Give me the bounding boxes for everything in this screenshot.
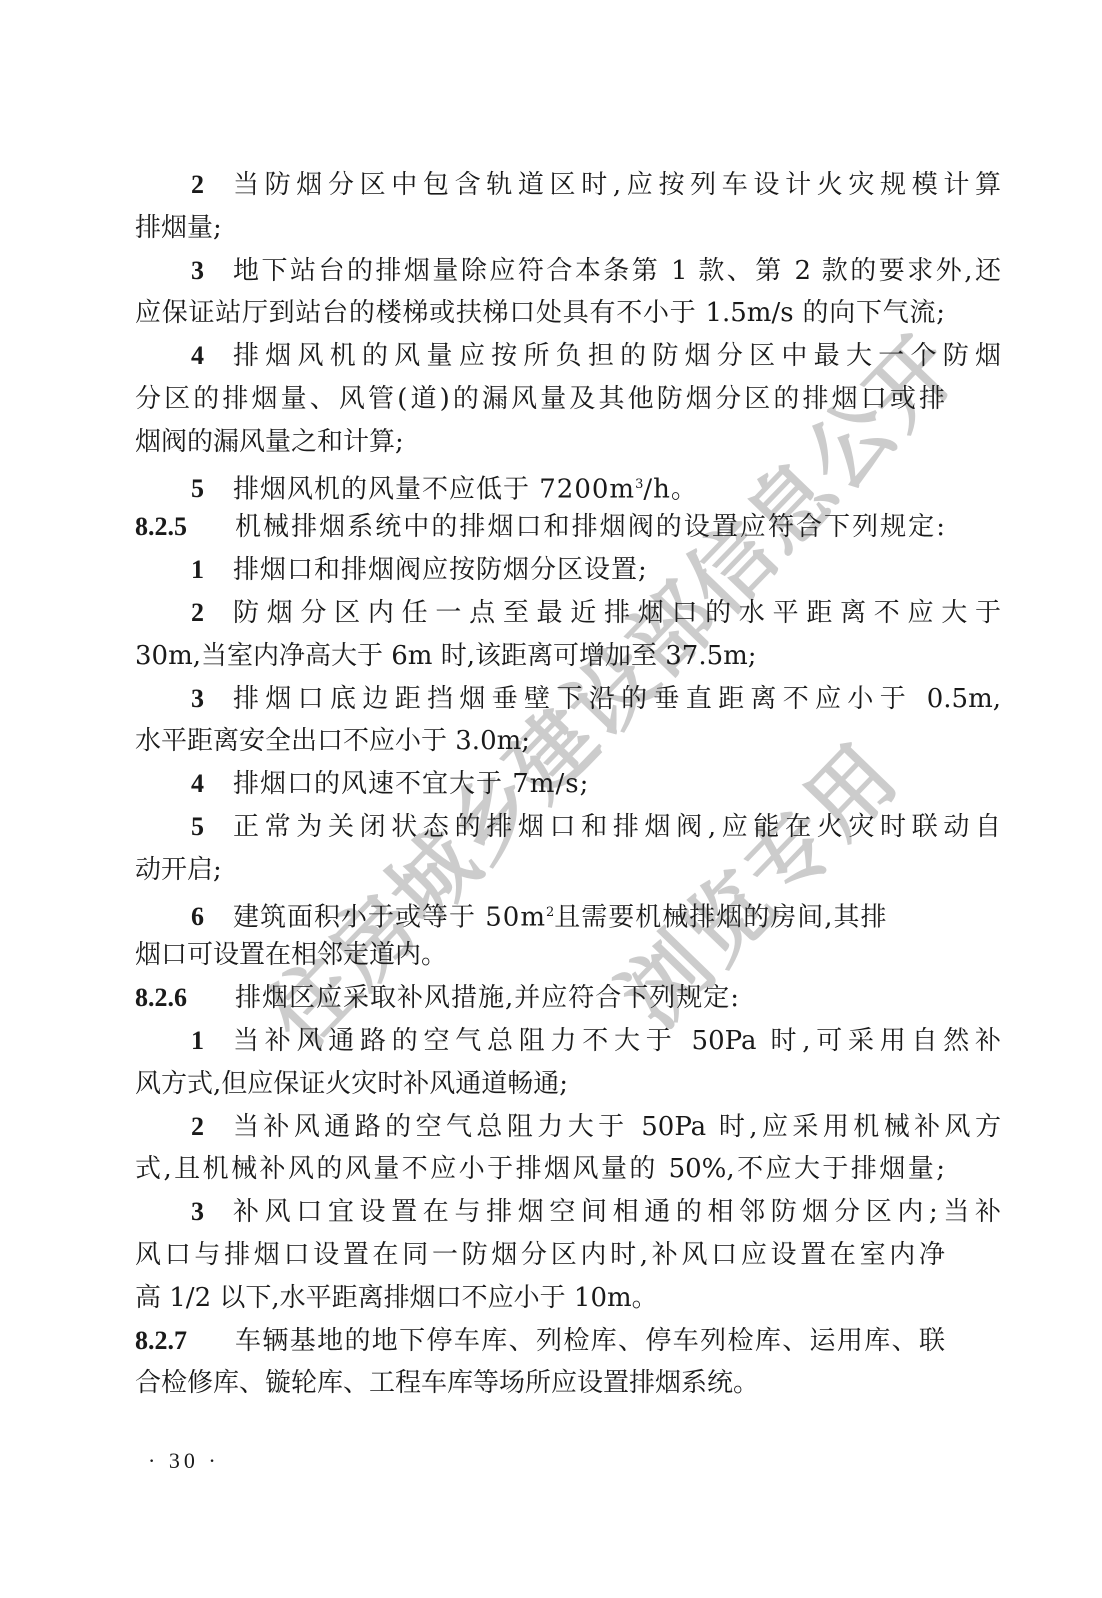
item-text: 当补风通路的空气总阻力大于 50Pa 时,应采用机械补风方	[233, 1106, 1001, 1149]
list-item-3-platform-exhaust: 3 地下站台的排烟量除应符合本条第 1 款、第 2 款的要求外,还 应保证站厅到…	[135, 250, 945, 336]
item-text-tail: 且需要机械排烟的房间,其排	[554, 902, 887, 932]
item-number: 2	[191, 164, 233, 207]
item-text-continued: 烟阀的漏风量之和计算;	[135, 421, 945, 464]
item-text-continued: 烟口可设置在相邻走道内。	[135, 934, 945, 977]
item-text-tail: /h。	[643, 474, 698, 504]
item-text: 当补风通路的空气总阻力不大于 50Pa 时,可采用自然补	[233, 1020, 1001, 1063]
item-text: 排烟口和排烟阀应按防烟分区设置;	[233, 555, 648, 585]
page-number: · 30 ·	[148, 1448, 220, 1474]
clause-number: 8.2.7	[135, 1320, 235, 1363]
item-number: 3	[191, 1191, 233, 1234]
clause-8-2-5-item-5: 5 正常为关闭状态的排烟口和排烟阀,应能在火灾时联动自 动开启;	[135, 806, 945, 892]
clause-8-2-6-item-1: 1 当补风通路的空气总阻力不大于 50Pa 时,可采用自然补 风方式,但应保证火…	[135, 1020, 945, 1106]
clause-text: 车辆基地的地下停车库、列检库、停车列检库、运用库、联	[235, 1320, 945, 1363]
clause-8-2-5-item-3: 3 排烟口底边距挡烟垂壁下沿的垂直距离不应小于 0.5m, 水平距离安全出口不应…	[135, 678, 945, 764]
item-text-continued: 应保证站厅到站台的楼梯或扶梯口处具有不小于 1.5m/s 的向下气流;	[135, 292, 945, 335]
item-text-continued: 分区的排烟量、风管(道)的漏风量及其他防烟分区的排烟口或排	[135, 378, 945, 421]
clause-text-continued: 合检修库、镟轮库、工程车库等场所应设置排烟系统。	[135, 1362, 945, 1405]
clause-8-2-6-item-2: 2 当补风通路的空气总阻力大于 50Pa 时,应采用机械补风方 式,且机械补风的…	[135, 1106, 945, 1192]
item-text: 当防烟分区中包含轨道区时,应按列车设计火灾规模计算	[233, 164, 1001, 207]
clause-8-2-5-item-4: 4排烟口的风速不宜大于 7m/s;	[135, 763, 945, 806]
item-text: 排烟风机的风量不应低于 7200m	[233, 474, 635, 504]
item-text-continued: 水平距离安全出口不应小于 3.0m;	[135, 720, 945, 763]
item-text: 建筑面积小于或等于 50m	[233, 902, 546, 932]
clause-number: 8.2.5	[135, 506, 235, 549]
item-text-continued: 高 1/2 以下,水平距离排烟口不应小于 10m。	[135, 1277, 945, 1320]
item-text-continued: 排烟量;	[135, 207, 945, 250]
item-number: 3	[191, 250, 233, 293]
clause-text: 机械排烟系统中的排烟口和排烟阀的设置应符合下列规定:	[235, 506, 945, 549]
document-page: 2 当防烟分区中包含轨道区时,应按列车设计火灾规模计算 排烟量; 3 地下站台的…	[135, 164, 945, 1405]
list-item-5-fan-minimum: 5排烟风机的风量不应低于 7200m3/h。	[135, 464, 945, 507]
item-number: 2	[191, 1106, 233, 1149]
item-text: 防烟分区内任一点至最近排烟口的水平距离不应大于	[233, 592, 1001, 635]
item-text-continued: 风口与排烟口设置在同一防烟分区内时,补风口应设置在室内净	[135, 1234, 945, 1277]
list-item-4-fan-volume: 4 排烟风机的风量应按所负担的防烟分区中最大一个防烟 分区的排烟量、风管(道)的…	[135, 335, 945, 463]
item-text: 正常为关闭状态的排烟口和排烟阀,应能在火灾时联动自	[233, 806, 1001, 849]
clause-number: 8.2.6	[135, 977, 235, 1020]
item-text-continued: 风方式,但应保证火灾时补风通道畅通;	[135, 1063, 945, 1106]
item-text-continued: 式,且机械补风的风量不应小于排烟风量的 50%,不应大于排烟量;	[135, 1148, 945, 1191]
clause-8-2-7: 8.2.7 车辆基地的地下停车库、列检库、停车列检库、运用库、联 合检修库、镟轮…	[135, 1320, 945, 1406]
clause-8-2-6-item-3: 3 补风口宜设置在与排烟空间相通的相邻防烟分区内;当补 风口与排烟口设置在同一防…	[135, 1191, 945, 1319]
clause-8-2-5-item-1: 1排烟口和排烟阀应按防烟分区设置;	[135, 549, 945, 592]
item-number: 4	[191, 335, 233, 378]
item-number: 1	[191, 549, 233, 592]
item-text: 排烟口底边距挡烟垂壁下沿的垂直距离不应小于 0.5m,	[233, 678, 1001, 721]
clause-8-2-5: 8.2.5 机械排烟系统中的排烟口和排烟阀的设置应符合下列规定:	[135, 506, 945, 549]
clause-8-2-5-item-6: 6建筑面积小于或等于 50m2且需要机械排烟的房间,其排 烟口可设置在相邻走道内…	[135, 892, 945, 978]
item-text-continued: 动开启;	[135, 849, 945, 892]
item-text: 地下站台的排烟量除应符合本条第 1 款、第 2 款的要求外,还	[233, 250, 1001, 293]
item-text: 排烟口的风速不宜大于 7m/s;	[233, 769, 589, 799]
item-number: 1	[191, 1020, 233, 1063]
item-number: 2	[191, 592, 233, 635]
item-text-continued: 30m,当室内净高大于 6m 时,该距离可增加至 37.5m;	[135, 635, 945, 678]
item-text: 补风口宜设置在与排烟空间相通的相邻防烟分区内;当补	[233, 1191, 1001, 1234]
clause-8-2-5-item-2: 2 防烟分区内任一点至最近排烟口的水平距离不应大于 30m,当室内净高大于 6m…	[135, 592, 945, 678]
item-number: 5	[191, 806, 233, 849]
item-number: 5	[191, 468, 233, 511]
item-number: 6	[191, 896, 233, 939]
clause-text: 排烟区应采取补风措施,并应符合下列规定:	[235, 983, 740, 1013]
item-text: 排烟风机的风量应按所负担的防烟分区中最大一个防烟	[233, 335, 1001, 378]
item-number: 4	[191, 763, 233, 806]
clause-8-2-6: 8.2.6排烟区应采取补风措施,并应符合下列规定:	[135, 977, 945, 1020]
item-number: 3	[191, 678, 233, 721]
list-item-2-smoke-zone-track: 2 当防烟分区中包含轨道区时,应按列车设计火灾规模计算 排烟量;	[135, 164, 945, 250]
